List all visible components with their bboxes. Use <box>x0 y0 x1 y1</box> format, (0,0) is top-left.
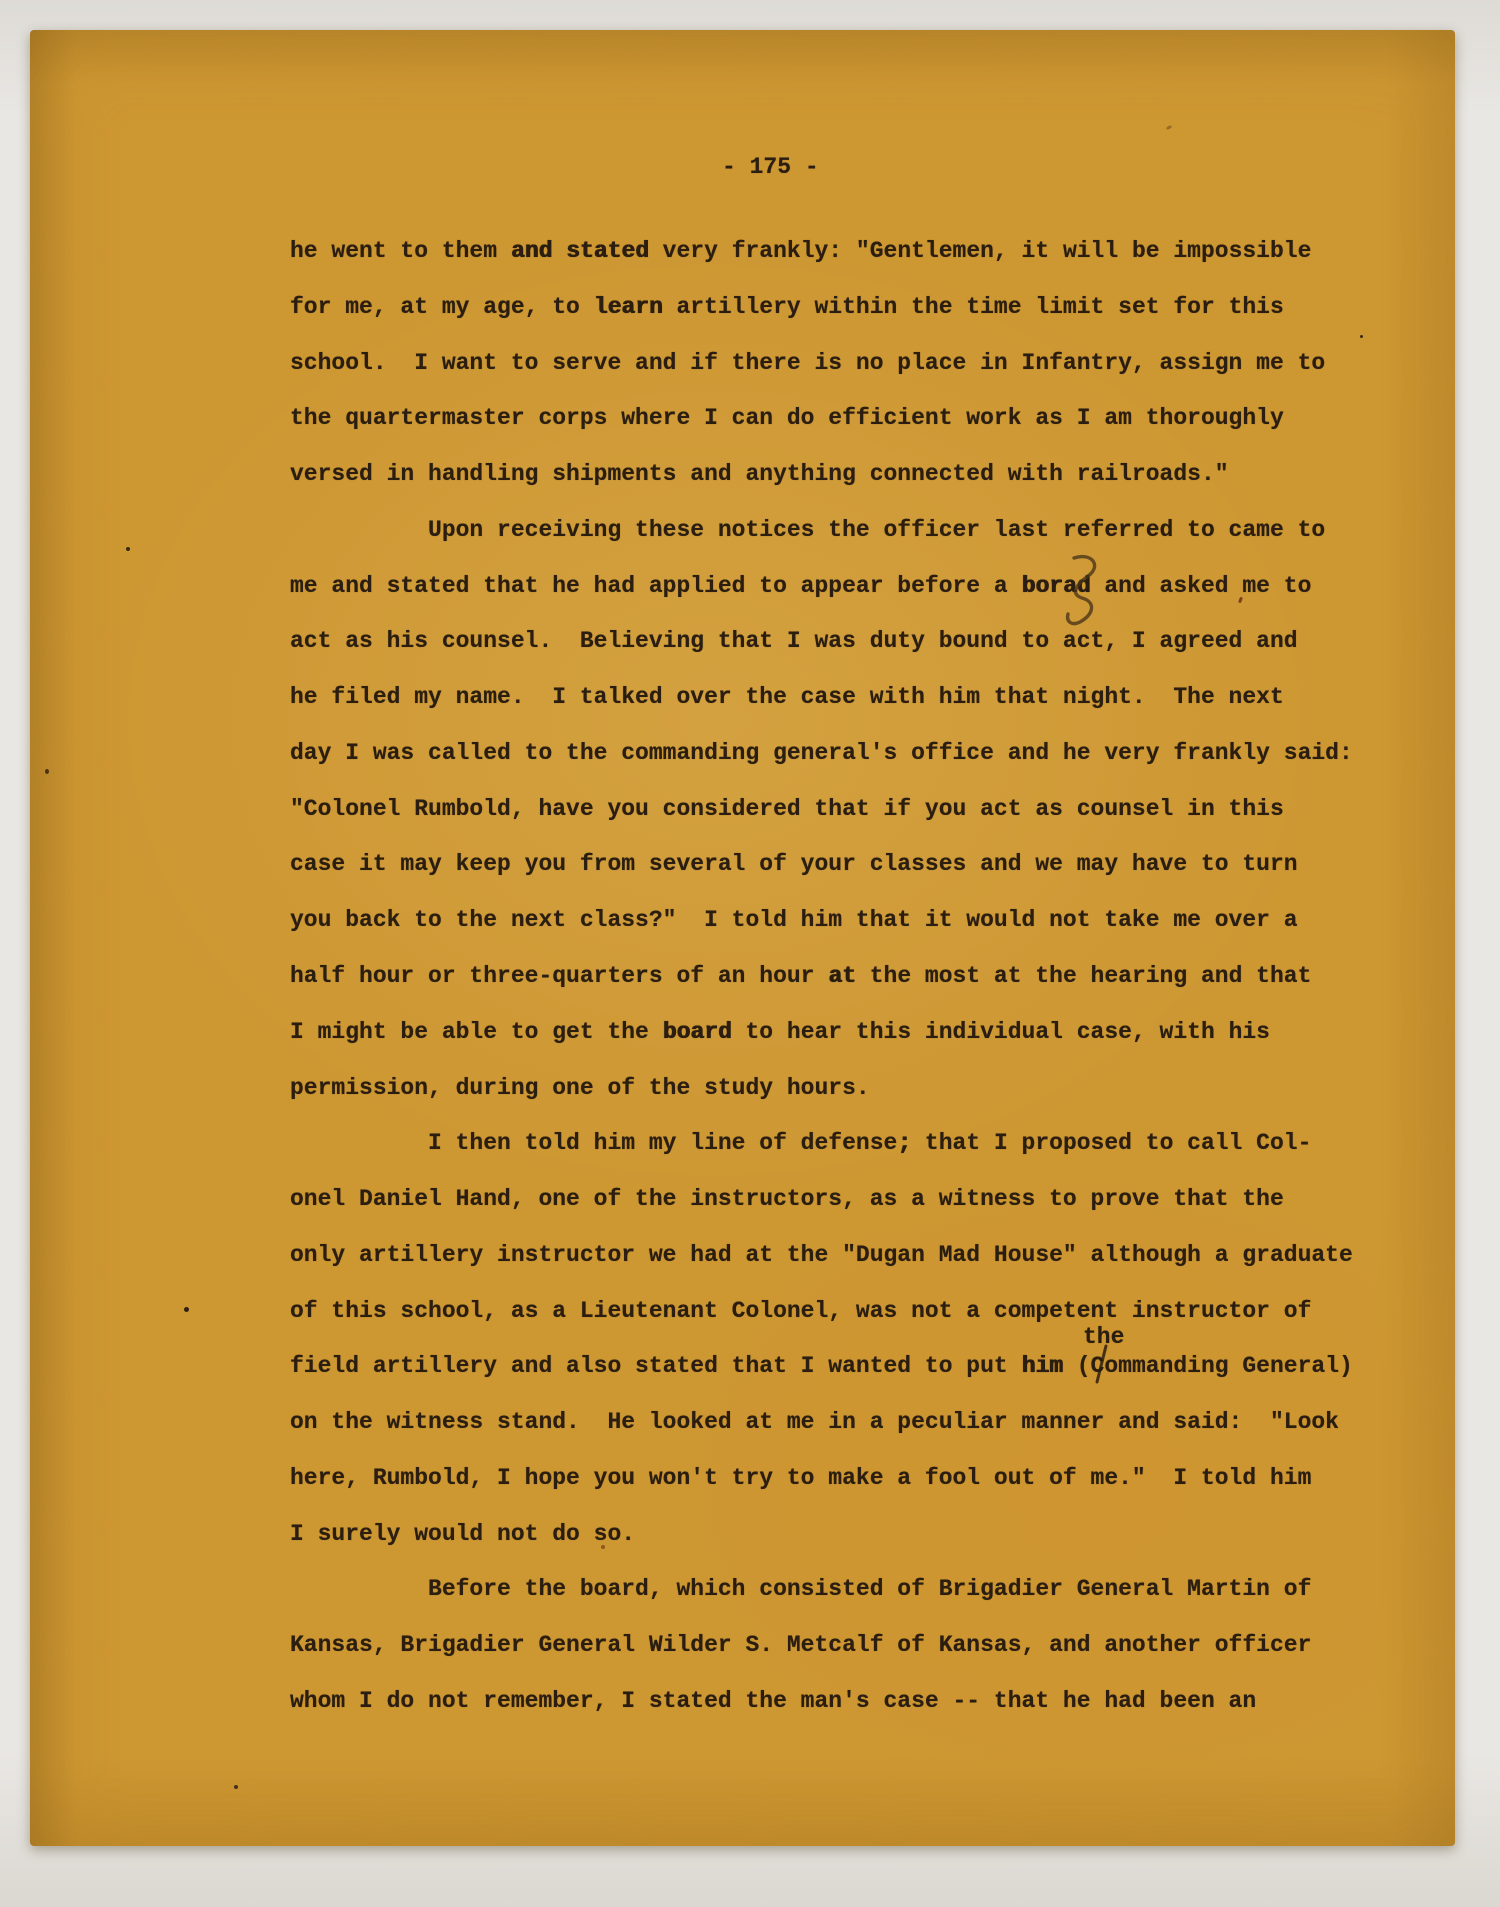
typed-text: the quartermaster corps where I can do e… <box>290 405 1284 431</box>
overstruck-text: and stated <box>511 238 649 264</box>
overstruck-text: at <box>828 963 856 989</box>
typescript-line: Upon receiving these notices the officer… <box>290 519 1325 542</box>
typed-text: I might be able to get the <box>290 1019 663 1045</box>
typed-text: he went to them <box>290 238 511 264</box>
typed-text: permission, during one of the study hour… <box>290 1075 870 1101</box>
typescript-line: you back to the next class?" I told him … <box>290 909 1298 932</box>
typescript-line: I surely would not do so. <box>290 1523 635 1546</box>
typescript-line: "Colonel Rumbold, have you considered th… <box>290 798 1284 821</box>
typescript-line: versed in handling shipments and anythin… <box>290 463 1229 486</box>
typescript-line: field artillery and also stated that I w… <box>290 1355 1353 1378</box>
typed-text: I then told him my line of defense <box>290 1130 897 1156</box>
typescript-line: school. I want to serve and if there is … <box>290 352 1325 375</box>
handwritten-correction-squiggle-icon <box>1052 552 1116 632</box>
typed-text: here, Rumbold, I hope you won't try to m… <box>290 1465 1311 1491</box>
typed-text: "Colonel Rumbold, have you considered th… <box>290 796 1284 822</box>
typed-text: versed in handling shipments and anythin… <box>290 461 1229 487</box>
paper-speck <box>184 1307 189 1312</box>
typed-text: onel Daniel Hand, one of the instructors… <box>290 1186 1284 1212</box>
typed-text: me and stated that he had applied to app… <box>290 573 1022 599</box>
typescript-line: Kansas, Brigadier General Wilder S. Metc… <box>290 1634 1311 1657</box>
paper-speck <box>45 769 49 774</box>
typed-text: half hour or three-quarters of an hour <box>290 963 828 989</box>
typed-text: Upon receiving these notices the officer… <box>290 517 1325 543</box>
typescript-line: only artillery instructor we had at the … <box>290 1244 1353 1267</box>
typed-text: day I was called to the commanding gener… <box>290 740 1353 766</box>
typed-text: only artillery instructor we had at the … <box>290 1242 1353 1268</box>
paper-speck <box>234 1785 238 1789</box>
typescript-line: permission, during one of the study hour… <box>290 1077 870 1100</box>
typescript-line: he went to them and stated very frankly:… <box>290 240 1311 263</box>
paper-speck <box>1360 335 1363 338</box>
typescript-line: me and stated that he had applied to app… <box>290 575 1311 598</box>
paper-speck <box>126 547 130 551</box>
overstruck-text: him <box>1022 1353 1063 1379</box>
paper-speck <box>601 1545 605 1549</box>
typed-text: act as his counsel. Believing that I was… <box>290 628 1298 654</box>
typed-text: the most at the hearing and that <box>856 963 1311 989</box>
typed-text: for me, at my age, to <box>290 294 594 320</box>
typed-text: of this school, as a Lieutenant Colonel,… <box>290 1298 1311 1324</box>
scan-backdrop: - 175 - he went to them and stated very … <box>0 0 1500 1907</box>
typescript-line: Before the board, which consisted of Bri… <box>290 1578 1311 1601</box>
typed-text: case it may keep you from several of you… <box>290 851 1298 877</box>
typescript-line: I then told him my line of defense; that… <box>290 1132 1311 1155</box>
typed-text: very frankly: "Gentlemen, it will be imp… <box>649 238 1312 264</box>
typescript-line: onel Daniel Hand, one of the instructors… <box>290 1188 1284 1211</box>
page-number: - 175 - <box>722 154 819 180</box>
typed-text: to hear this individual case, with his <box>732 1019 1270 1045</box>
typed-text: and asked me to <box>1091 573 1312 599</box>
typed-text: artillery within the time limit set for … <box>663 294 1284 320</box>
typescript-line: he filed my name. I talked over the case… <box>290 686 1284 709</box>
typed-text: on the witness stand. He looked at me in… <box>290 1409 1339 1435</box>
typed-text: Kansas, Brigadier General Wilder S. Metc… <box>290 1632 1311 1658</box>
typed-text: that I proposed to call Col- <box>911 1130 1311 1156</box>
typescript-line: I might be able to get the board to hear… <box>290 1021 1270 1044</box>
typescript-line: here, Rumbold, I hope you won't try to m… <box>290 1467 1311 1490</box>
overstruck-text: ; <box>897 1130 911 1156</box>
typescript-line: case it may keep you from several of you… <box>290 853 1298 876</box>
typescript-text-layer: - 175 - he went to them and stated very … <box>0 0 1500 1907</box>
typed-text: field artillery and also stated that I w… <box>290 1353 1022 1379</box>
typescript-line: day I was called to the commanding gener… <box>290 742 1353 765</box>
typescript-line: of this school, as a Lieutenant Colonel,… <box>290 1300 1311 1323</box>
typescript-line: whom I do not remember, I stated the man… <box>290 1690 1256 1713</box>
typed-text: I surely would not do so. <box>290 1521 635 1547</box>
typescript-line: act as his counsel. Believing that I was… <box>290 630 1298 653</box>
typed-text: (Commanding General) <box>1063 1353 1353 1379</box>
typed-text: whom I do not remember, I stated the man… <box>290 1688 1256 1714</box>
typed-text: school. I want to serve and if there is … <box>290 350 1325 376</box>
typescript-line: on the witness stand. He looked at me in… <box>290 1411 1339 1434</box>
typescript-line: the quartermaster corps where I can do e… <box>290 407 1284 430</box>
typed-text: Before the board, which consisted of Bri… <box>290 1576 1311 1602</box>
overstruck-text: learn <box>594 294 663 320</box>
typescript-line: half hour or three-quarters of an hour a… <box>290 965 1311 988</box>
typed-text: you back to the next class?" I told him … <box>290 907 1298 933</box>
typed-text: he filed my name. I talked over the case… <box>290 684 1284 710</box>
overstruck-text: board <box>663 1019 732 1045</box>
typescript-line: for me, at my age, to learn artillery wi… <box>290 296 1284 319</box>
